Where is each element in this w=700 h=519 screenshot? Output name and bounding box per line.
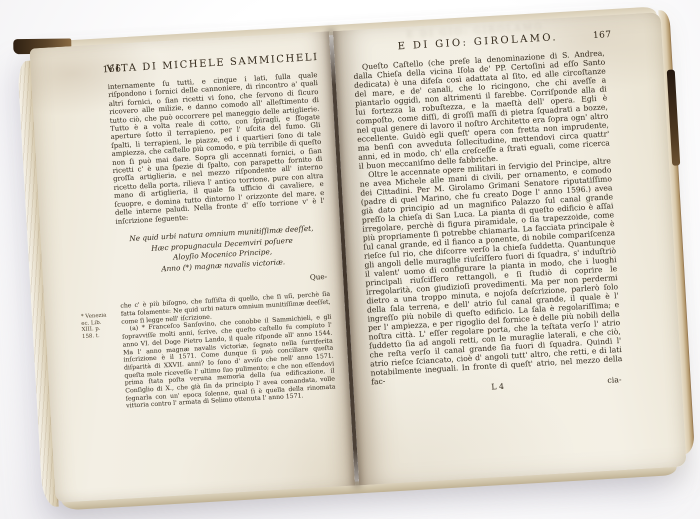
right-catchword: cia- (607, 375, 622, 385)
right-page: E DI GIO: GIROLAMO. E DI GIO: GIROLAMO. … (333, 12, 687, 485)
left-page-number: 166 (103, 64, 122, 75)
photo-background: 166 VITA DI MICHELE SAMMICHELI intername… (0, 0, 700, 519)
left-body-text: internamente ſu tutti, e cinque i lati, … (108, 71, 326, 226)
signature-mark: L 4 (491, 382, 504, 392)
right-body-paragraph: Queſto Caſtello (che preſe la denominazi… (353, 48, 611, 170)
footnote-paragraph: (a) * Franceſco Sanſovino, che conobbe i… (122, 314, 337, 411)
right-body-paragraph: Oltre le accennate opere militari in ſer… (359, 156, 623, 386)
left-running-title: VITA DI MICHELE SAMMICHELI (106, 52, 316, 75)
latin-inscription: Ne quid urbi natura omnium munitiſſimæ d… (116, 223, 328, 277)
right-page-number: 167 (593, 30, 612, 41)
left-page: 166 VITA DI MICHELE SAMMICHELI intername… (29, 31, 355, 503)
margin-note: * Venezia ec. Lib. XIII. p. 158. t. (81, 312, 114, 339)
book-spread: 166 VITA DI MICHELE SAMMICHELI intername… (29, 12, 686, 503)
footnote-block: * Venezia ec. Lib. XIII. p. 158. t. che … (120, 291, 336, 411)
